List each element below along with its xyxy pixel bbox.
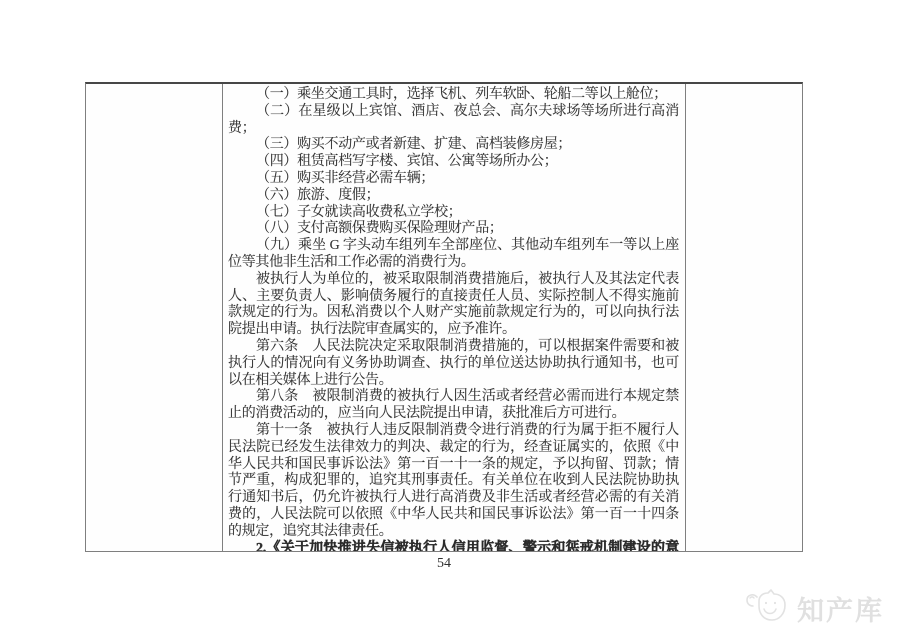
table-left-column-cell [86, 84, 223, 551]
document-paragraph: 第六条 人民法院决定采取限制消费措施的，可以根据案件需要和被执行人的情况向有义务… [228, 339, 679, 389]
document-paragraph: （六）旅游、度假； [228, 188, 679, 205]
document-paragraph: 被执行人为单位的，被采取限制消费措施后，被执行人及其法定代表人、主要负责人、影响… [228, 272, 679, 339]
document-paragraph: （五）购买非经营必需车辆； [228, 171, 679, 188]
table-right-column-cell [686, 84, 802, 551]
document-page: （一）乘坐交通工具时，选择飞机、列车软卧、轮船二等以上舱位；（二）在星级以上宾馆… [0, 0, 900, 636]
document-paragraph: （二）在星级以上宾馆、酒店、夜总会、高尔夫球场等场所进行高消费； [228, 104, 679, 138]
document-paragraph: 第十一条 被执行人违反限制消费令进行消费的行为属于拒不履行人民法院已经发生法律效… [228, 423, 679, 541]
document-paragraph: （九）乘坐 G 字头动车组列车全部座位、其他动车组列车一等以上座位等其他非生活和… [228, 238, 679, 272]
page-number: 54 [85, 556, 803, 572]
document-paragraph: 2.《关于加快推进失信被执行人信用监督、警示和惩戒机制建设的意见》（中办发〔20… [228, 541, 679, 551]
document-paragraph: （四）租赁高档写字楼、宾馆、公寓等场所办公； [228, 154, 679, 171]
document-table: （一）乘坐交通工具时，选择飞机、列车软卧、轮船二等以上舱位；（二）在星级以上宾馆… [85, 82, 803, 552]
document-paragraph: （七）子女就读高收费私立学校； [228, 205, 679, 222]
brand-watermark: 知产库 [744, 588, 884, 628]
cat-logo-icon [744, 589, 792, 627]
brand-name-text: 知产库 [797, 589, 884, 628]
document-paragraph: （八）支付高额保费购买保险理财产品； [228, 221, 679, 238]
document-paragraph: （三）购买不动产或者新建、扩建、高档装修房屋； [228, 137, 679, 154]
table-content-cell: （一）乘坐交通工具时，选择飞机、列车软卧、轮船二等以上舱位；（二）在星级以上宾馆… [223, 84, 686, 551]
document-paragraph: （一）乘坐交通工具时，选择飞机、列车软卧、轮船二等以上舱位； [228, 87, 679, 104]
document-paragraph: 第八条 被限制消费的被执行人因生活或者经营必需而进行本规定禁止的消费活动的，应当… [228, 389, 679, 423]
